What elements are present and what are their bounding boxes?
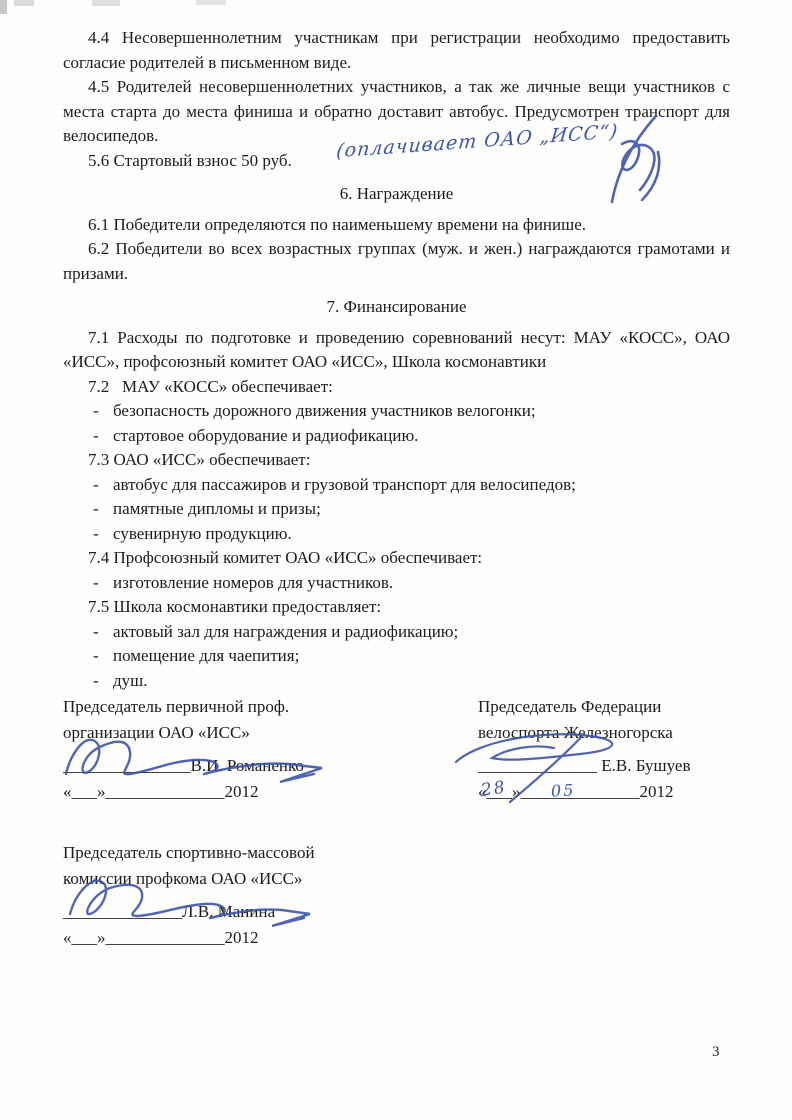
document-body: 4.4 Несовершеннолетним участникам при ре… [0, 0, 792, 693]
list-item-text: душ. [113, 671, 148, 690]
list-item-text: безопасность дорожного движения участник… [113, 401, 536, 420]
list-item-text: изготовление номеров для участников. [113, 573, 393, 592]
signer-title: Председатель спортивно-массовой [63, 840, 423, 866]
document-page: 4.4 Несовершеннолетним участникам при ре… [0, 0, 792, 1120]
paragraph-7-3: 7.3 ОАО «ИСС» обеспечивает: [63, 448, 730, 473]
signature-date-line: «___»______________2012 [63, 925, 423, 951]
signer-title: комиссии профкома ОАО «ИСС» [63, 866, 423, 892]
list-item: -памятные дипломы и призы; [63, 497, 730, 522]
handwritten-day: 28 [480, 777, 508, 800]
bullet-dash: - [93, 473, 99, 498]
signature-date-line: «___»______________2012 [478, 779, 792, 805]
bullet-dash: - [93, 644, 99, 669]
signature-block-romanenko: Председатель первичной проф. организации… [63, 694, 423, 804]
list-item-text: помещение для чаепития; [113, 646, 299, 665]
list-item-text: сувенирную продукцию. [113, 524, 292, 543]
list-item: -актовый зал для награждения и радиофика… [63, 620, 730, 645]
page-number: 3 [712, 1044, 720, 1061]
list-item: -безопасность дорожного движения участни… [63, 399, 730, 424]
signer-title: организации ОАО «ИСС» [63, 720, 423, 746]
paragraph-6-2: 6.2 Победители во всех возрастных группа… [63, 237, 730, 286]
bullet-dash: - [93, 424, 99, 449]
paragraph-6-1: 6.1 Победители определяются по наименьше… [63, 213, 730, 238]
paragraph-7-2: 7.2 МАУ «КОСС» обеспечивает: [63, 375, 730, 400]
list-item: -стартовое оборудование и радиофикацию. [63, 424, 730, 449]
paragraph-7-4: 7.4 Профсоюзный комитет ОАО «ИСС» обеспе… [63, 546, 730, 571]
list-item-text: стартовое оборудование и радиофикацию. [113, 426, 418, 445]
bullet-dash: - [93, 669, 99, 694]
list-item: -душ. [63, 669, 730, 694]
list-item-text: автобус для пассажиров и грузовой трансп… [113, 475, 576, 494]
list-item: -изготовление номеров для участников. [63, 571, 730, 596]
handwritten-month: 05 [551, 780, 576, 800]
bullet-dash: - [93, 497, 99, 522]
section-7-heading: 7. Финансирование [63, 295, 730, 320]
section-6-heading: 6. Награждение [63, 182, 730, 207]
list-item-text: памятные дипломы и призы; [113, 499, 321, 518]
signer-title: Председатель Федерации [478, 694, 792, 720]
signer-title: велоспорта Железногорска [478, 720, 792, 746]
signer-title: Председатель первичной проф. [63, 694, 423, 720]
bullet-dash: - [93, 399, 99, 424]
list-item: -автобус для пассажиров и грузовой транс… [63, 473, 730, 498]
signature-date-line: «___»______________2012 [63, 779, 423, 805]
paragraph-7-1: 7.1 Расходы по подготовке и проведению с… [63, 326, 730, 375]
signature-block-manina: Председатель спортивно-массовой комиссии… [63, 840, 423, 950]
paragraph-4-4: 4.4 Несовершеннолетним участникам при ре… [63, 26, 730, 75]
list-item: -помещение для чаепития; [63, 644, 730, 669]
paragraph-7-5: 7.5 Школа космонавтики предоставляет: [63, 595, 730, 620]
list-item-text: актовый зал для награждения и радиофикац… [113, 622, 458, 641]
bullet-dash: - [93, 620, 99, 645]
list-item: -сувенирную продукцию. [63, 522, 730, 547]
signature-name-line: ______________ Е.В. Бушуев [478, 753, 792, 779]
signature-block-bushuev: Председатель Федерации велоспорта Железн… [478, 694, 792, 804]
bullet-dash: - [93, 571, 99, 596]
bullet-dash: - [93, 522, 99, 547]
signature-name-line: _______________В.И. Романенко [63, 753, 423, 779]
signature-name-line: ______________Л.В. Манина [63, 899, 423, 925]
